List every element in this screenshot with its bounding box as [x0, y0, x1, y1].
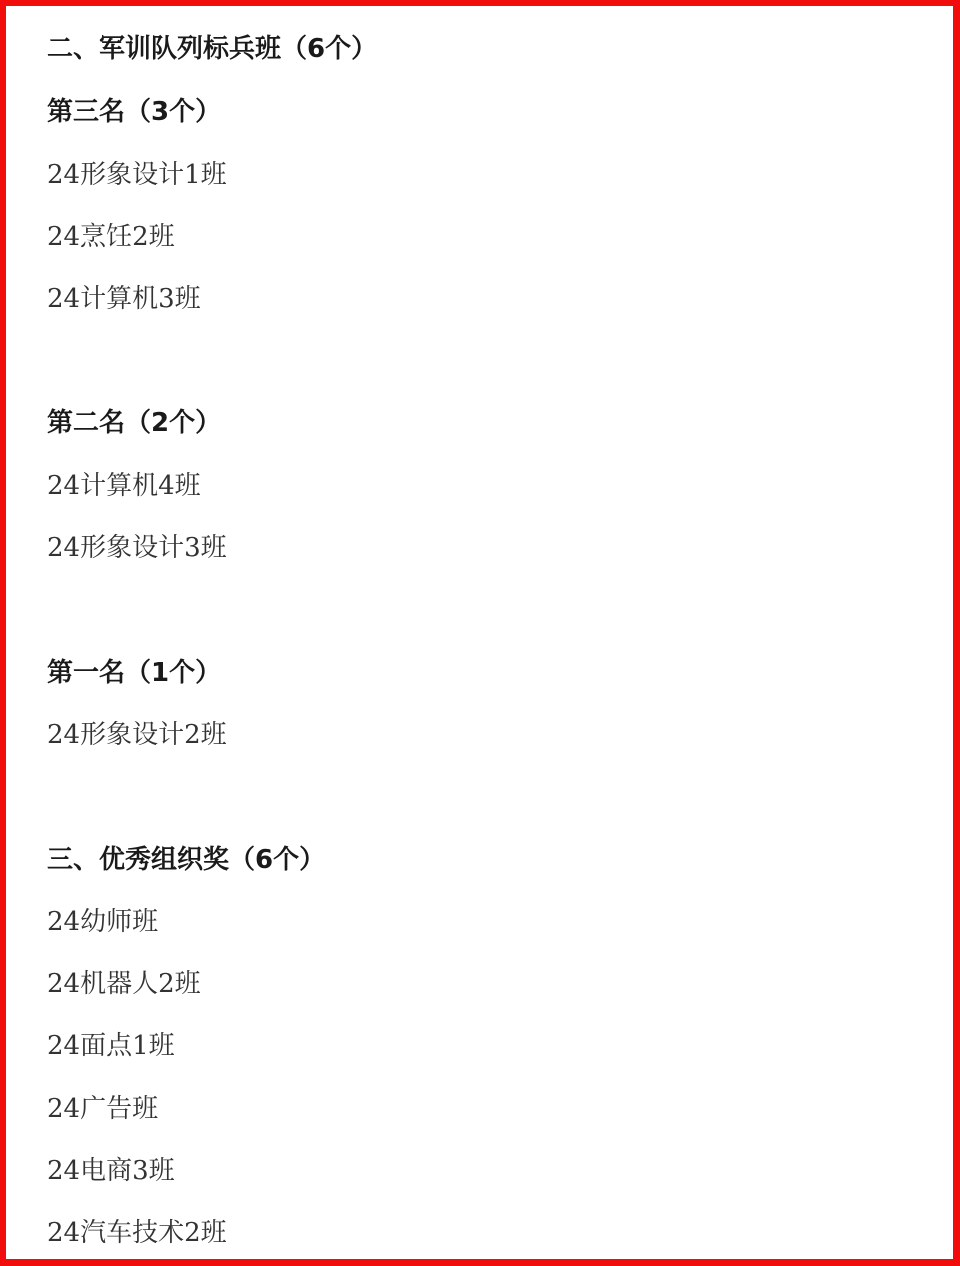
group-heading-third-place: 第三名（3个）	[47, 99, 221, 125]
list-item: 24形象设计1班	[47, 162, 227, 188]
group-heading-second-place: 第二名（2个）	[47, 410, 221, 436]
section-title-organization-award: 三、优秀组织奖（6个）	[47, 847, 325, 873]
list-item: 24烹饪2班	[47, 224, 175, 250]
list-item: 24计算机3班	[47, 286, 201, 312]
list-item: 24广告班	[47, 1096, 158, 1122]
list-item: 24形象设计3班	[47, 535, 227, 561]
list-item: 24汽车技术2班	[47, 1220, 227, 1246]
group-heading-first-place: 第一名（1个）	[47, 660, 221, 686]
list-item: 24电商3班	[47, 1158, 175, 1184]
list-item: 24形象设计2班	[47, 722, 227, 748]
list-item: 24面点1班	[47, 1033, 175, 1059]
list-item: 24机器人2班	[47, 971, 201, 997]
list-item: 24幼师班	[47, 909, 158, 935]
section-title-drill-standard-class: 二、军训队列标兵班（6个）	[47, 36, 377, 62]
document-frame: 二、军训队列标兵班（6个） 第三名（3个） 24形象设计1班 24烹饪2班 24…	[0, 0, 960, 1266]
list-item: 24计算机4班	[47, 473, 201, 499]
